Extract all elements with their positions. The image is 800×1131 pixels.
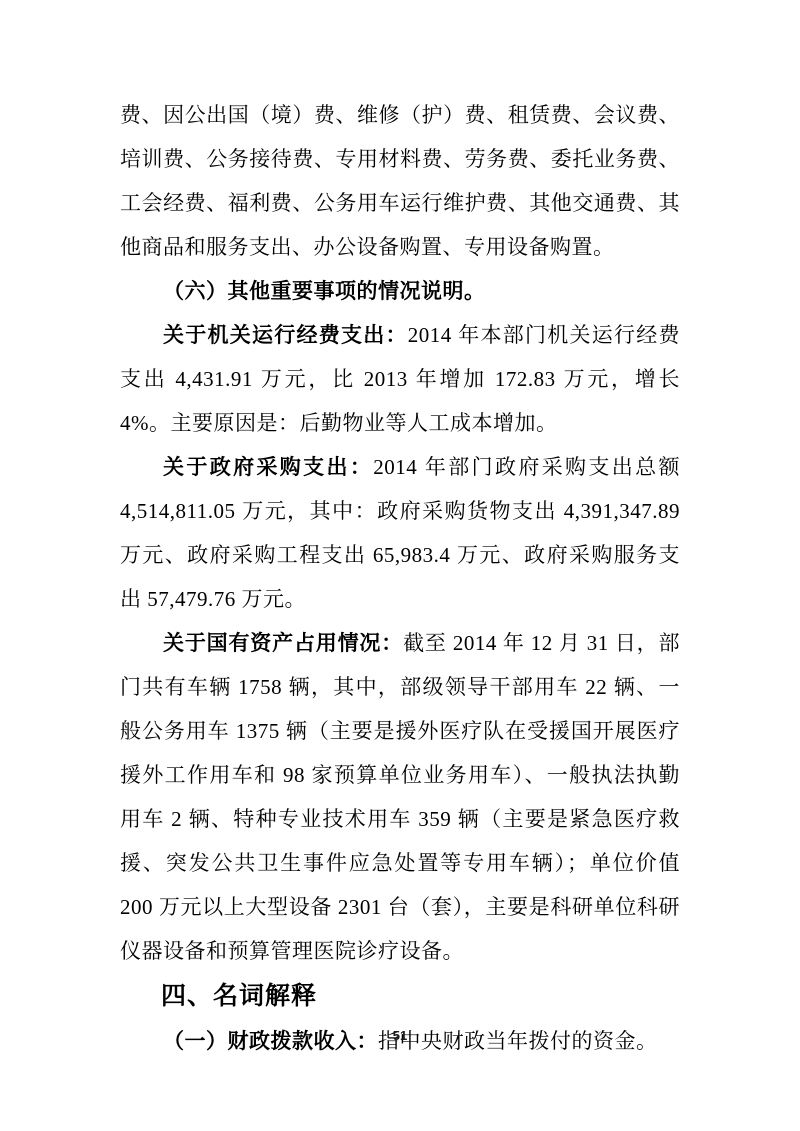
- paragraph-government-procurement-lead: 关于政府采购支出：: [163, 455, 373, 479]
- paragraph-state-assets-lead: 关于国有资产占用情况：: [163, 631, 403, 655]
- heading-section-four-glossary: 四、名词解释: [120, 973, 680, 1019]
- heading-section-six-other-matters: （六）其他重要事项的情况说明。: [120, 269, 680, 313]
- document-page: 费、因公出国（境）费、维修（护）费、租赁费、会议费、培训费、公务接待费、专用材料…: [0, 0, 800, 1131]
- paragraph-state-assets: 关于国有资产占用情况：截至 2014 年 12 月 31 日，部门共有车辆 17…: [120, 621, 680, 973]
- paragraph-state-assets-body: 截至 2014 年 12 月 31 日，部门共有车辆 1758 辆，其中，部级领…: [120, 631, 680, 963]
- paragraph-operating-expense-lead: 关于机关运行经费支出：: [163, 323, 408, 347]
- page-number: 51: [0, 1028, 800, 1043]
- paragraph-expense-items-continuation: 费、因公出国（境）费、维修（护）费、租赁费、会议费、培训费、公务接待费、专用材料…: [120, 93, 680, 269]
- paragraph-government-procurement: 关于政府采购支出：2014 年部门政府采购支出总额 4,514,811.05 万…: [120, 445, 680, 621]
- paragraph-operating-expense: 关于机关运行经费支出：2014 年本部门机关运行经费支出 4,431.91 万元…: [120, 313, 680, 445]
